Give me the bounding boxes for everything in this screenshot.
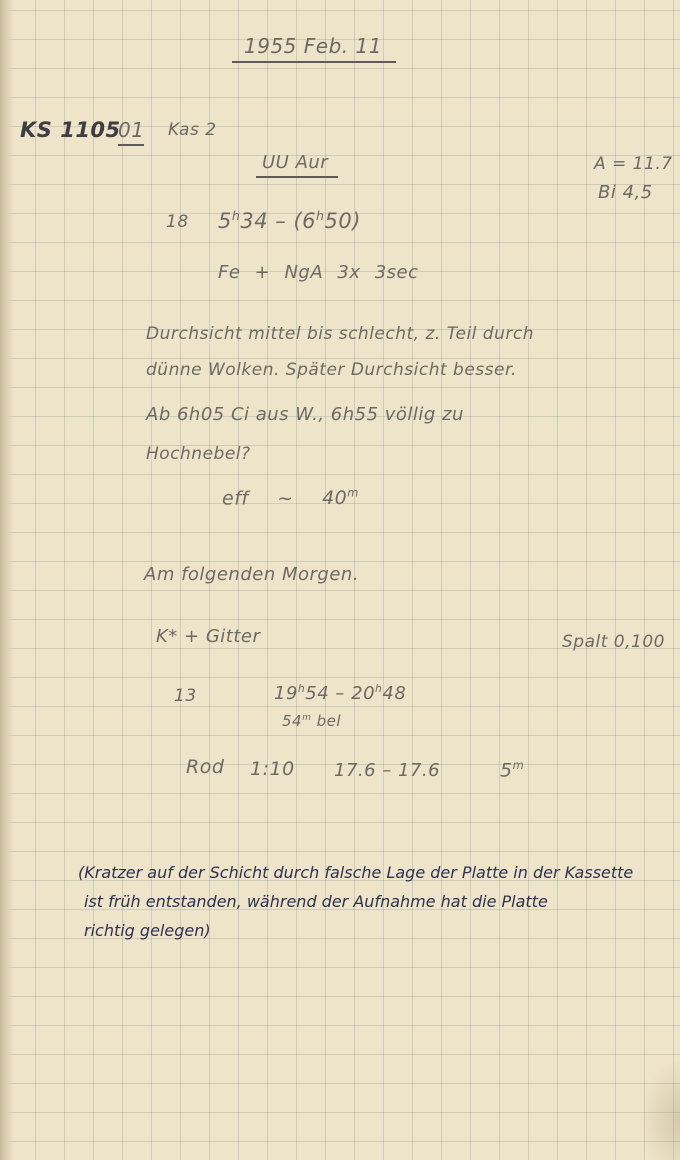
plate-sub: 01: [118, 118, 144, 146]
eff-label: eff: [222, 487, 249, 509]
paren-open: (: [293, 209, 302, 233]
footnote-line-1: (Kratzer auf der Schicht durch falsche L…: [78, 858, 658, 887]
remarks-line-2: dünne Wolken. Später Durchsicht besser.: [146, 360, 517, 380]
rod-duration: 5m: [500, 758, 524, 781]
exposure-1-end-hour: 6: [302, 209, 316, 233]
object-name: UU Aur: [256, 152, 338, 178]
plate-id: KS 1105: [20, 118, 121, 142]
exposure-1-number: 18: [166, 212, 189, 232]
exposure-2-time: 19h54 – 20h48: [274, 682, 406, 704]
duration-suffix: bel: [317, 712, 341, 730]
footnote-line-3: richtig gelegen): [78, 916, 658, 945]
approx-sign: ~: [277, 487, 293, 509]
rod-ratio: 1:10: [250, 758, 295, 780]
footnote: (Kratzer auf der Schicht durch falsche L…: [78, 858, 658, 945]
cassette: Kas 2: [168, 120, 217, 140]
rod-label: Rod: [186, 756, 224, 778]
eff-value-group: 40m: [322, 487, 359, 509]
slit-width: Spalt 0,100: [562, 632, 665, 652]
dash: –: [275, 209, 286, 233]
exposure-1-start-hour: 5: [218, 209, 232, 233]
filter-line: Fe + NgA 3x 3sec: [218, 262, 419, 283]
margin-value-a: A = 11.7: [594, 154, 673, 174]
dash: –: [335, 683, 345, 704]
footnote-line-2: ist früh entstanden, während der Aufnahm…: [78, 887, 658, 916]
exposure-1-time: 5h34 – (6h50): [218, 208, 361, 233]
remarks-line-4: Hochnebel?: [146, 444, 251, 464]
hour-mark: h: [316, 208, 324, 223]
notebook-page: 1955 Feb. 11 KS 1105 01 Kas 2 UU Aur A =…: [0, 0, 680, 1160]
paren-close: ): [352, 209, 361, 233]
exposure-1-start-min: 34: [240, 209, 268, 233]
rod-duration-value: 5: [500, 759, 513, 781]
exposure-2-start-min: 54: [305, 683, 329, 704]
exposure-2-duration: 54m bel: [282, 712, 341, 730]
exposure-2-end-min: 48: [382, 683, 406, 704]
exposure-2-end-hour: 20: [351, 683, 375, 704]
exposure-2-start-hour: 19: [274, 683, 298, 704]
eff-unit: m: [347, 486, 359, 500]
effective-exposure: eff ~ 40m: [222, 486, 359, 509]
rod-duration-unit: m: [513, 758, 525, 772]
rod-range: 17.6 – 17.6: [334, 760, 440, 781]
exposure-2-number: 13: [174, 686, 197, 706]
paper-stain: [640, 1060, 680, 1160]
remarks-line-3: Ab 6h05 Ci aus W., 6h55 völlig zu: [146, 404, 464, 425]
remarks-line-1: Durchsicht mittel bis schlecht, z. Teil …: [146, 324, 534, 344]
next-morning-heading: Am folgenden Morgen.: [144, 564, 359, 585]
duration-unit: m: [302, 713, 311, 723]
exposure-1-end-min: 50: [325, 209, 353, 233]
duration-value: 54: [282, 712, 302, 730]
page-binding-shadow: [0, 0, 14, 1160]
eff-value: 40: [322, 487, 347, 509]
k-star-grating: K* + Gitter: [156, 626, 260, 647]
margin-value-bi: Bi 4,5: [598, 182, 653, 203]
date-header: 1955 Feb. 11: [232, 34, 396, 63]
